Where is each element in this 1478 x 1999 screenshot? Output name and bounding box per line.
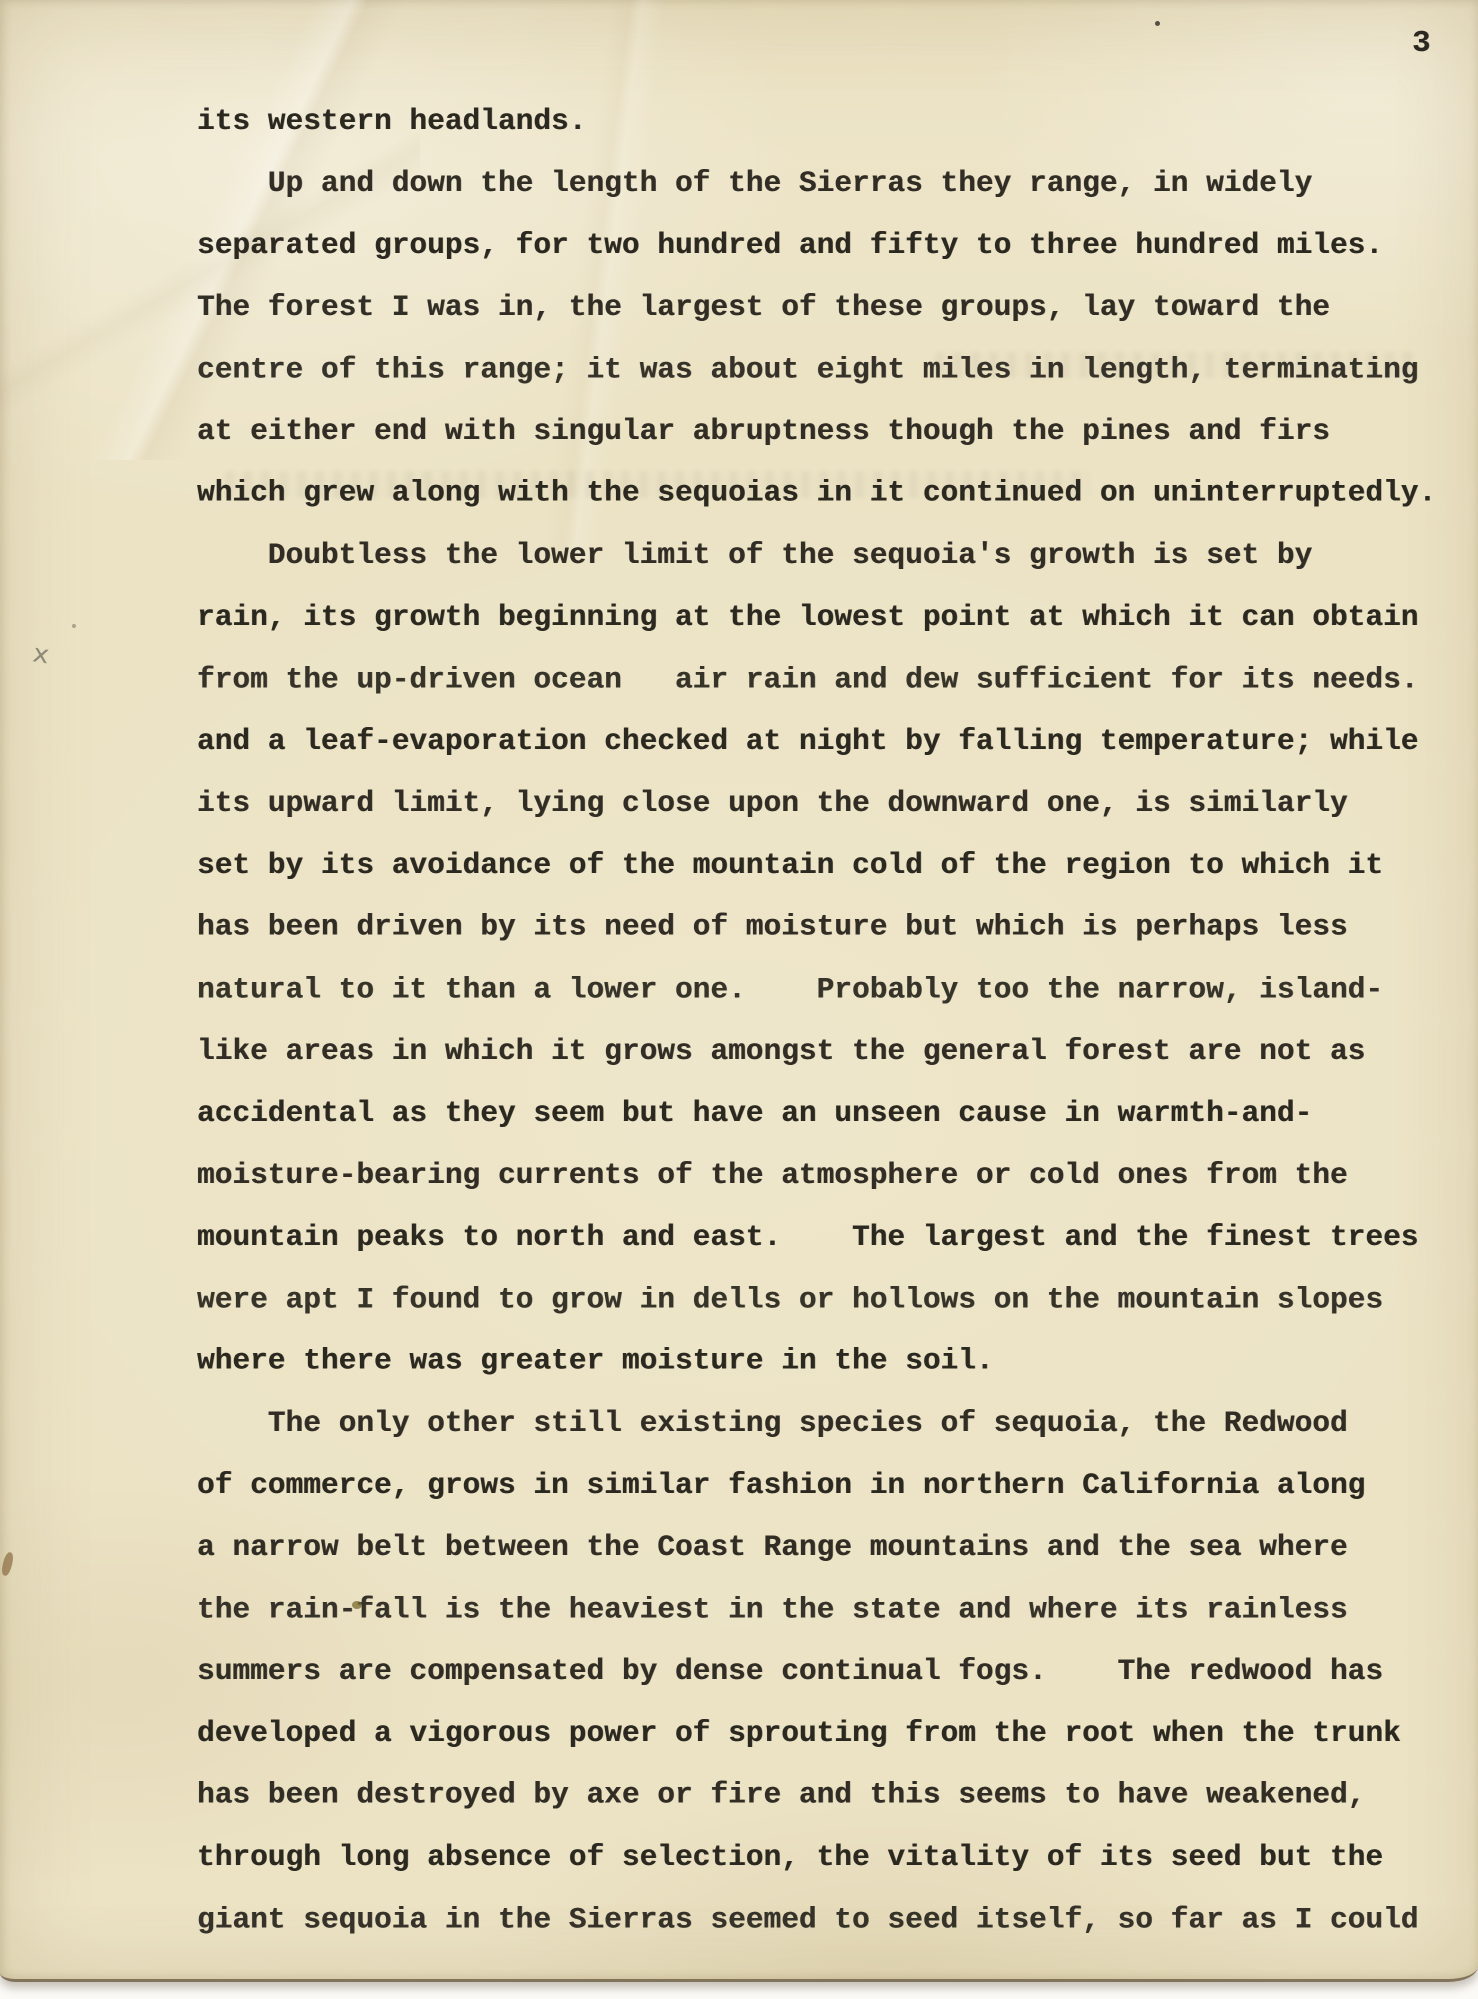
typed-line: rain, its growth beginning at the lowest… <box>197 586 1436 648</box>
typed-line: its western headlands. <box>197 90 1436 152</box>
typed-line: separated groups, for two hundred and fi… <box>197 214 1436 276</box>
typed-line: moisture-bearing currents of the atmosph… <box>197 1144 1436 1206</box>
typed-line: its upward limit, lying close upon the d… <box>197 772 1436 834</box>
paper-speck <box>72 624 76 628</box>
typed-line: through long absence of selection, the v… <box>197 1826 1436 1888</box>
typed-line: from the up-driven ocean air rain and de… <box>197 649 1436 711</box>
typed-line: and a leaf-evaporation checked at night … <box>197 710 1436 772</box>
typed-line: Doubtless the lower limit of the sequoia… <box>197 524 1436 586</box>
typed-line: giant sequoia in the Sierras seemed to s… <box>197 1889 1436 1951</box>
typed-line: where there was greater moisture in the … <box>197 1330 1436 1392</box>
typed-line: at either end with singular abruptness t… <box>197 400 1436 462</box>
typed-line: developed a vigorous power of sprouting … <box>197 1702 1436 1764</box>
typed-line: natural to it than a lower one. Probably… <box>197 959 1436 1021</box>
typed-line: the rain-fall is the heaviest in the sta… <box>197 1579 1436 1641</box>
typed-line: mountain peaks to north and east. The la… <box>197 1206 1436 1268</box>
typed-line: has been destroyed by axe or fire and th… <box>197 1764 1436 1826</box>
typed-line: has been driven by its need of moisture … <box>197 896 1436 958</box>
typed-line: The only other still existing species of… <box>197 1392 1436 1454</box>
typed-line: which grew along with the sequoias in it… <box>197 462 1436 524</box>
typed-line: The forest I was in, the largest of thes… <box>197 276 1436 338</box>
paper-speck <box>0 1551 15 1576</box>
typed-line: Up and down the length of the Sierras th… <box>197 152 1436 214</box>
typed-line: set by its avoidance of the mountain col… <box>197 834 1436 896</box>
manuscript-page: 3 x its western headlands. Up and down t… <box>0 0 1478 1982</box>
page-number: 3 <box>1412 28 1431 59</box>
typed-line: summers are compensated by dense continu… <box>197 1640 1436 1702</box>
typed-text-block: its western headlands. Up and down the l… <box>197 90 1436 1950</box>
typed-line: were apt I found to grow in dells or hol… <box>197 1269 1436 1331</box>
paper-speck <box>1155 21 1160 26</box>
typed-line: centre of this range; it was about eight… <box>197 339 1436 401</box>
typed-line: of commerce, grows in similar fashion in… <box>197 1454 1436 1516</box>
typed-line: like areas in which it grows amongst the… <box>197 1020 1436 1082</box>
margin-x-annotation: x <box>31 641 51 668</box>
typed-line: accidental as they seem but have an unse… <box>197 1082 1436 1144</box>
typed-line: a narrow belt between the Coast Range mo… <box>197 1516 1436 1578</box>
